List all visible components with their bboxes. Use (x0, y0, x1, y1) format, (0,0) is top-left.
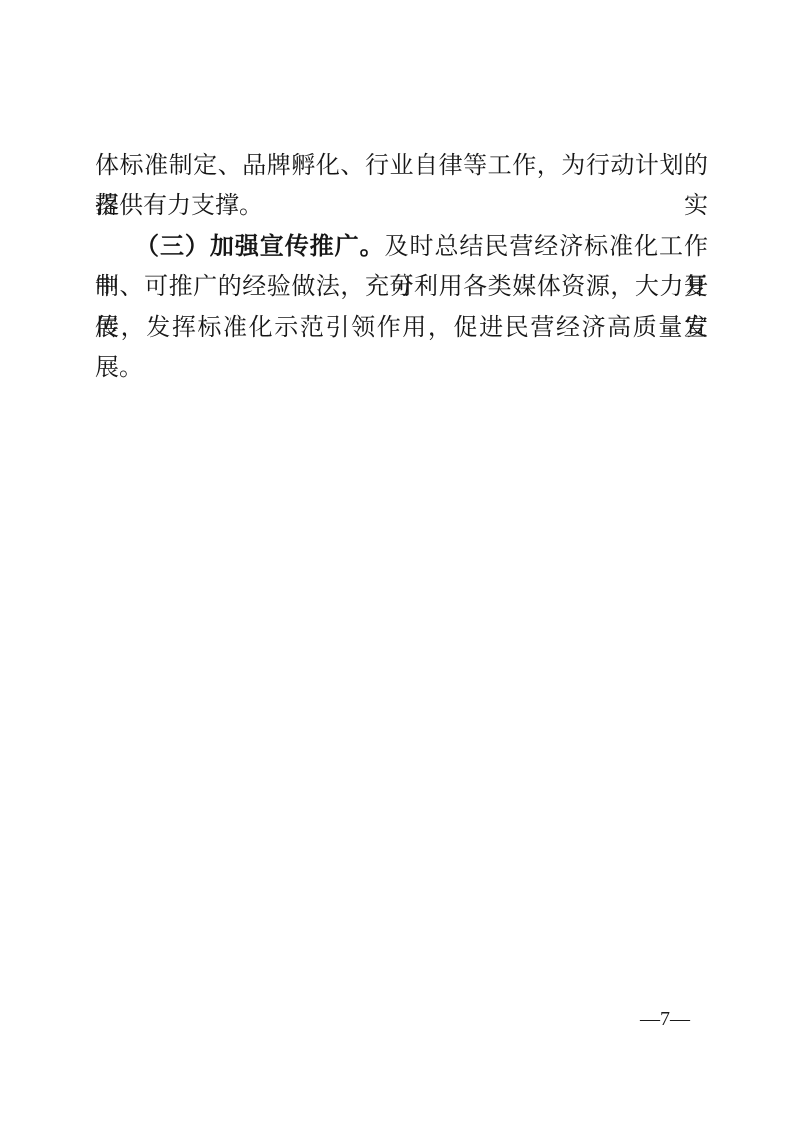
paragraph1-line1: 体标准制定、品牌孵化、行业自律等工作，为行动计划的落实 (95, 146, 708, 186)
paragraph2-line3: 传，发挥标准化示范引领作用，促进民营经济高质量发展。 (95, 308, 708, 348)
body-text-block: 体标准制定、品牌孵化、行业自律等工作，为行动计划的落实 提供有力支撑。 （三）加… (95, 146, 708, 348)
page-number: —7— (640, 1006, 700, 1032)
paragraph2-line1: （三）加强宣传推广。及时总结民营经济标准化工作中可复 (95, 227, 708, 267)
document-page: 体标准制定、品牌孵化、行业自律等工作，为行动计划的落实 提供有力支撑。 （三）加… (0, 0, 800, 1131)
paragraph2-lead-heading: （三）加强宣传推广。 (135, 234, 385, 260)
paragraph2-line2: 制、可推广的经验做法，充分利用各类媒体资源，大力开展宣 (95, 267, 708, 307)
